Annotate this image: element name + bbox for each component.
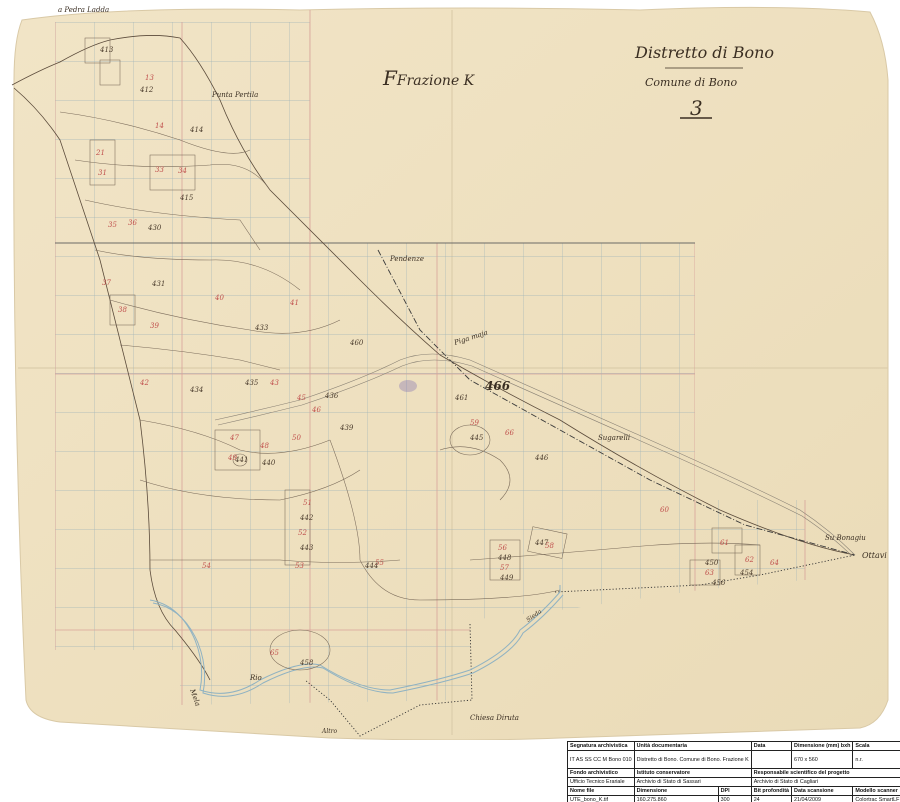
value-data-scansione: 21/04/2009 [792,796,853,802]
svg-text:443: 443 [299,544,314,552]
svg-text:53: 53 [295,562,304,570]
svg-text:442: 442 [299,514,314,522]
svg-text:445: 445 [469,434,484,442]
svg-text:435: 435 [244,379,259,387]
district-heading: Distretto di Bono [634,43,774,62]
value-fondo: Ufficio Tecnico Erariale [568,778,635,787]
header-data: Data [751,742,791,751]
svg-text:448: 448 [497,554,512,562]
svg-text:61: 61 [720,539,729,547]
label-punta-pertila: Punta Pertila [211,91,258,99]
svg-text:446: 446 [534,454,549,462]
svg-text:51: 51 [303,499,312,507]
header-nome-file: Nome file [568,787,635,796]
sheet-number: 3 [690,96,703,120]
svg-text:52: 52 [298,529,307,537]
header-unita: Unità documentaria [634,742,751,751]
svg-text:413: 413 [99,46,114,54]
header-scala: Scala [853,742,900,751]
header-istituto: Istituto conservatore [634,769,751,778]
svg-text:47: 47 [229,434,239,442]
label-sugarelli: Sugarelli [598,434,630,442]
value-modello: Colortrac SmartLF Cx51 [853,796,900,802]
value-nome-file: UTE_bono_K.tif [568,796,635,802]
svg-text:456: 456 [711,579,726,587]
header-fondo: Fondo archivistico [568,769,635,778]
header-responsabile: Responsabile scientifico del progetto [751,769,900,778]
svg-text:65: 65 [270,649,279,657]
svg-text:64: 64 [770,559,779,567]
svg-text:458: 458 [299,659,314,667]
svg-text:13: 13 [145,74,154,82]
svg-text:460: 460 [349,339,364,347]
svg-text:48: 48 [259,442,269,450]
svg-text:454: 454 [739,569,753,577]
header-bit: Bit profondità [751,787,791,796]
svg-text:33: 33 [155,166,164,174]
svg-text:63: 63 [705,569,714,577]
svg-text:440: 440 [261,459,276,467]
svg-text:436: 436 [324,392,339,400]
metadata-table: Segnatura archivistica Unità documentari… [567,741,900,802]
value-bit: 24 [751,796,791,802]
svg-text:414: 414 [189,126,203,134]
svg-text:14: 14 [155,122,164,130]
ink-stain [399,380,417,392]
svg-text:444: 444 [364,562,378,570]
value-dimensione: 160.275.860 [634,796,718,802]
svg-text:35: 35 [108,221,117,229]
svg-text:50: 50 [292,434,301,442]
svg-text:54: 54 [202,562,211,570]
svg-text:450: 450 [704,559,719,567]
header-dimensione: Dimensione [634,787,718,796]
svg-text:59: 59 [470,419,479,427]
label-466: 466 [485,379,511,393]
label-pedra-ladda: a Pedra Ladda [58,6,109,14]
svg-text:40: 40 [214,294,224,302]
value-unita: Distretto di Bono. Comune di Bono. Frazi… [634,751,751,769]
value-dimensione-mm: 670 x 560 [792,751,853,769]
svg-text:441: 441 [234,456,248,464]
header-modello: Modello scanner [853,787,900,796]
label-su-bonagiu: Su Bonagiu [825,534,866,542]
value-scala: n.r. [853,751,900,769]
label-altro: Altro [321,728,338,735]
svg-text:43: 43 [269,379,279,387]
svg-text:62: 62 [745,556,754,564]
svg-text:37: 37 [102,279,111,287]
svg-text:434: 434 [189,386,203,394]
svg-text:431: 431 [151,280,165,288]
header-dimensione-mm: Dimensione (mm) bxh [792,742,853,751]
value-segnatura: IT AS SS CC M Bono 010 [568,751,635,769]
svg-text:42: 42 [139,379,149,387]
svg-text:60: 60 [660,506,669,514]
value-istituto: Archivio di Stato di Sassari [634,778,751,787]
svg-text:461: 461 [454,394,468,402]
svg-text:34: 34 [178,167,187,175]
comune-heading: Comune di Bono [645,76,737,89]
svg-text:430: 430 [147,224,162,232]
value-data [751,751,791,769]
header-segnatura: Segnatura archivistica [568,742,635,751]
svg-text:38: 38 [118,306,127,314]
svg-text:41: 41 [289,299,299,307]
svg-text:412: 412 [139,86,154,94]
value-responsabile: Archivio di Stato di Cagliari [751,778,900,787]
svg-text:21: 21 [95,149,105,157]
cadastral-map: FFrazione K Distretto di Bono Comune di … [0,0,900,740]
svg-text:66: 66 [505,429,514,437]
svg-text:36: 36 [128,219,137,227]
value-dpi: 300 [718,796,751,802]
label-ottavi: Ottavi [862,551,887,560]
svg-text:31: 31 [98,169,107,177]
svg-text:56: 56 [498,544,507,552]
svg-text:433: 433 [254,324,269,332]
svg-text:439: 439 [339,424,354,432]
label-chiesa-diruta: Chiesa Diruta [470,714,519,722]
svg-text:45: 45 [296,394,306,402]
header-data-scansione: Data scansione [792,787,853,796]
svg-text:415: 415 [179,194,194,202]
label-pendenze: Pendenze [389,255,424,263]
svg-text:57: 57 [500,564,509,572]
label-rio: Rio [249,674,262,682]
svg-text:447: 447 [534,539,549,547]
svg-text:46: 46 [311,406,321,414]
svg-text:39: 39 [150,322,159,330]
header-dpi: DPI [718,787,751,796]
svg-text:449: 449 [499,574,514,582]
